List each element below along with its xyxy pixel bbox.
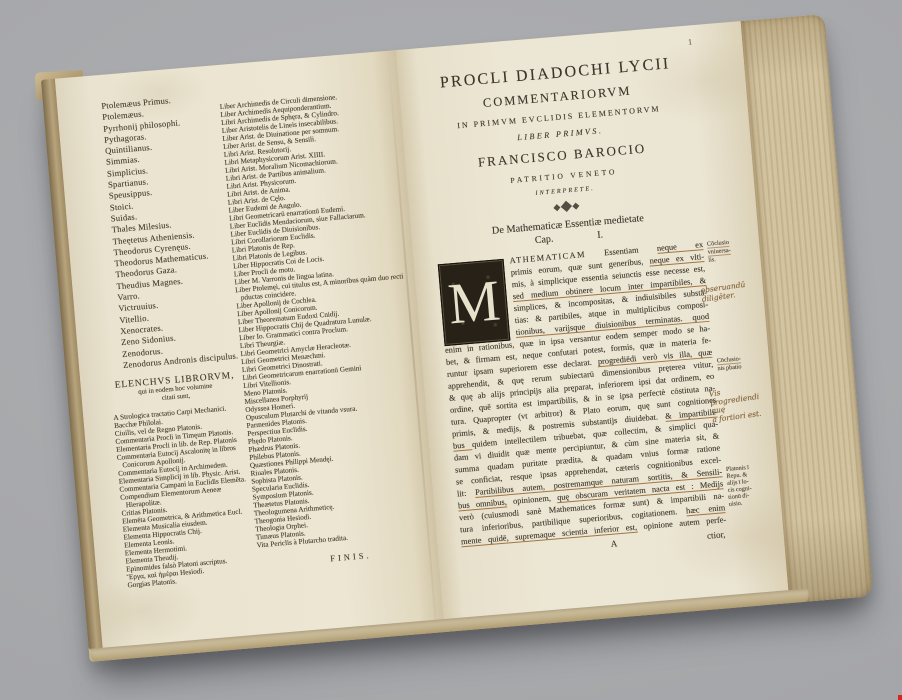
book: Ptolemæus Primus.Ptolemæus.Pyrrhonij phi…: [41, 14, 873, 662]
handwritten-note-2: Vis progrediendi quę a fortiori est.: [708, 383, 768, 424]
gathering-signature: A: [610, 537, 617, 550]
book-body: Ptolemæus Primus.Ptolemæus.Pyrrhonij phi…: [41, 14, 873, 662]
woodcut-initial-M: M: [438, 259, 511, 346]
handwritten-note-1: obseruandū diligēter.: [700, 279, 758, 303]
left-page-columns: Ptolemæus Primus.Ptolemæus.Pyrrhonij phi…: [55, 50, 439, 592]
cap-number: I.: [597, 229, 604, 240]
margin-note-line: lis.: [708, 256, 716, 264]
elenchus-heading-block: ELENCHVS LIBRORVM, qui in eodem hoc volu…: [110, 371, 240, 408]
body-text: M ATHEMATICAM Essentiam neque exprimis e…: [438, 239, 729, 564]
body-full-lines: enim in rationibus, quæ in ipsa versantu…: [445, 323, 727, 549]
diamond-icon: [561, 201, 572, 212]
diamond-icon: [572, 202, 579, 209]
margin-note-line: nis pbatio: [717, 363, 742, 372]
folio-number: 1: [688, 37, 693, 46]
right-page: 1 PROCLI DIADOCHI LYCII COMMENTARIORVM I…: [396, 21, 789, 620]
title-block: PROCLI DIADOCHI LYCII COMMENTARIORVM IN …: [420, 26, 698, 206]
right-page-content: PROCLI DIADOCHI LYCII COMMENTARIORVM IN …: [420, 26, 728, 564]
margin-note-2: Cōclusio-nis pbatio: [717, 354, 760, 372]
margin-note-1: Cōclusiovniuersa-lis.: [707, 237, 751, 263]
author-list: Ptolemæus Primus.Ptolemæus.Pyrrhonij phi…: [101, 91, 237, 371]
catchword: ctior,: [707, 528, 726, 541]
book-list-column-1: A Strologica tractatio Carpi Mechanici.B…: [113, 403, 255, 589]
margin-note-3: Platonis īRepu. &alijs ī lo-cis cogni-ti…: [726, 462, 771, 507]
corner-artifact: [898, 695, 902, 700]
margin-note-line: uisio.: [729, 500, 743, 508]
text-segment: lit:: [457, 488, 476, 498]
cap-label: Cap.: [534, 234, 553, 247]
margin-note-line: vniuersa-: [707, 247, 731, 257]
underlined-text: bus: [453, 440, 473, 452]
photo-stage: Ptolemæus Primus.Ptolemæus.Pyrrhonij phi…: [0, 0, 902, 700]
finis-label: FINIS.: [258, 544, 444, 570]
diamond-icon: [553, 204, 560, 211]
body-indent-lines: ATHEMATICAM Essentiam neque exprimis eor…: [509, 239, 709, 339]
open-spread: Ptolemæus Primus.Ptolemæus.Pyrrhonij phi…: [41, 14, 872, 650]
left-page: Ptolemæus Primus.Ptolemæus.Pyrrhonij phi…: [55, 50, 444, 649]
